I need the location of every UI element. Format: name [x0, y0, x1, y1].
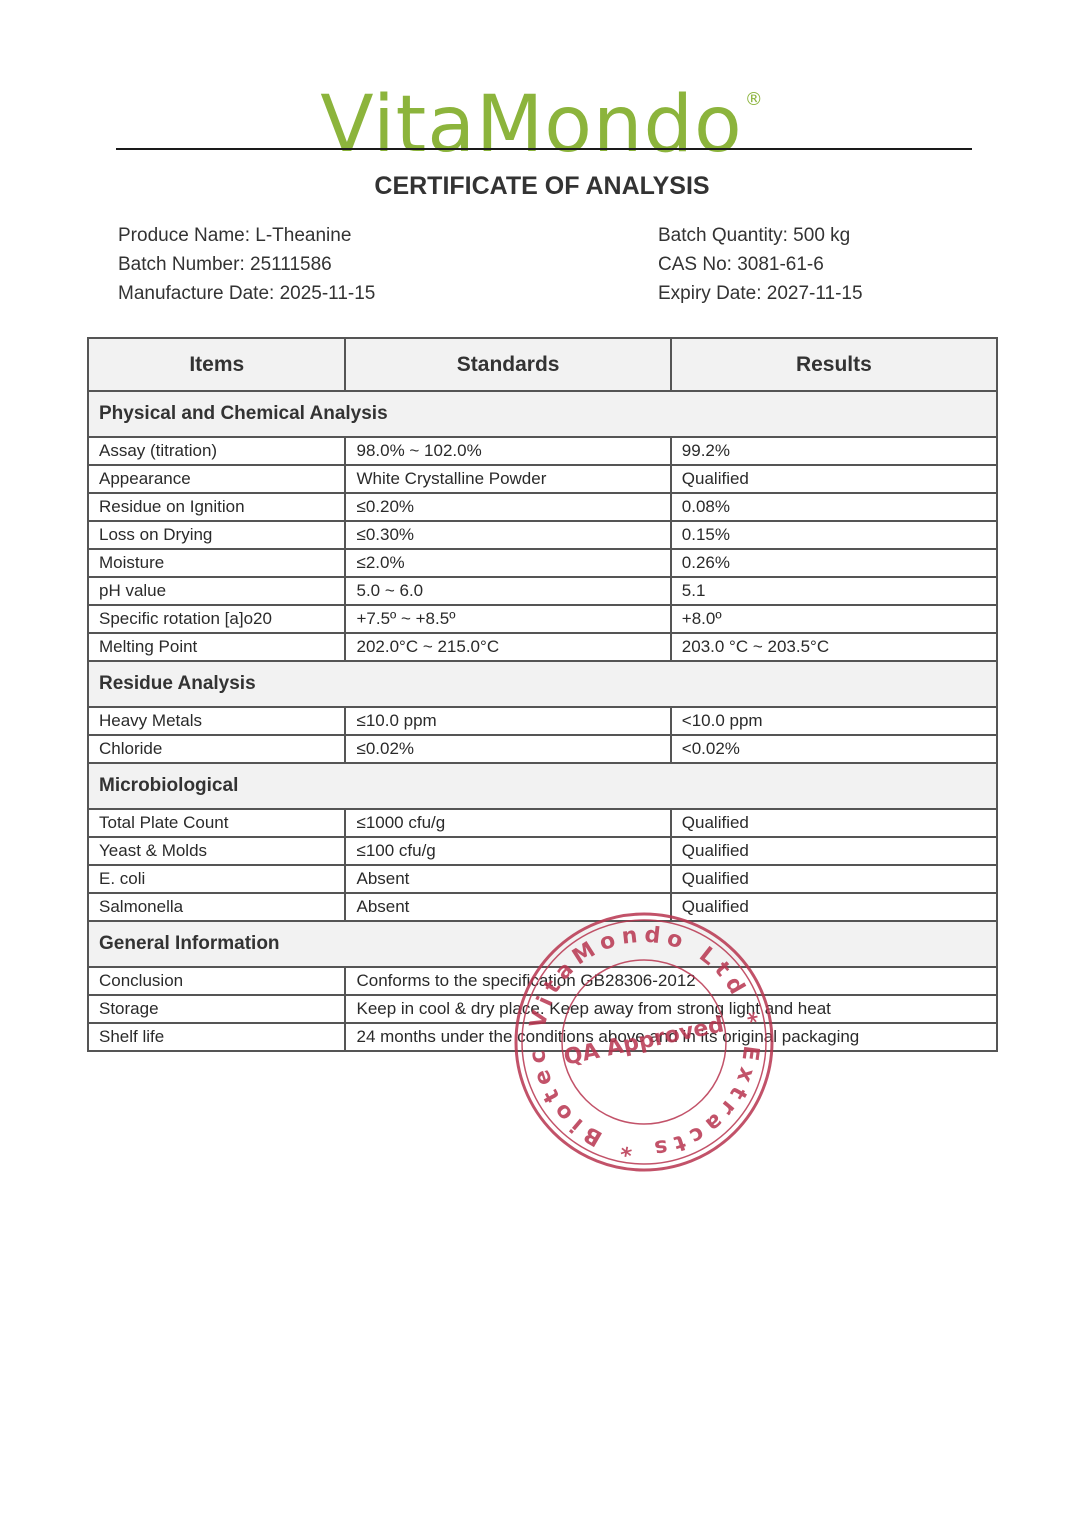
result-cell: Qualified: [671, 837, 997, 865]
standard-cell: 98.0% ~ 102.0%: [345, 437, 670, 465]
table-header-row: Items Standards Results: [88, 338, 997, 391]
header-items: Items: [88, 338, 345, 391]
table-row: Loss on Drying≤0.30%0.15%: [88, 521, 997, 549]
section-title: Physical and Chemical Analysis: [88, 391, 997, 437]
item-cell: Melting Point: [88, 633, 345, 661]
stamp-center-text: QA Approved: [562, 1012, 727, 1070]
standard-cell: +7.5º ~ +8.5º: [345, 605, 670, 633]
table-row: AppearanceWhite Crystalline PowderQualif…: [88, 465, 997, 493]
item-cell: Moisture: [88, 549, 345, 577]
brand-logo: VitaMondo®: [0, 50, 1084, 175]
product-name: Produce Name: L-Theanine: [118, 221, 375, 250]
section-row: Residue Analysis: [88, 661, 997, 707]
table-row: Yeast & Molds≤100 cfu/gQualified: [88, 837, 997, 865]
item-cell: Appearance: [88, 465, 345, 493]
brand-name: VitaMondo: [320, 80, 742, 170]
standard-cell: ≤10.0 ppm: [345, 707, 670, 735]
item-cell: Conclusion: [88, 967, 345, 995]
section-row: Microbiological: [88, 763, 997, 809]
qa-approved-stamp: VitaMondo Ltd * Extracts * Biotech * QA …: [512, 910, 776, 1174]
result-cell: 0.08%: [671, 493, 997, 521]
result-cell: +8.0º: [671, 605, 997, 633]
item-cell: pH value: [88, 577, 345, 605]
standard-cell: ≤0.02%: [345, 735, 670, 763]
section-title: Microbiological: [88, 763, 997, 809]
item-cell: Heavy Metals: [88, 707, 345, 735]
table-row: pH value5.0 ~ 6.05.1: [88, 577, 997, 605]
table-row: Residue on Ignition≤0.20%0.08%: [88, 493, 997, 521]
standard-cell: 202.0°C ~ 215.0°C: [345, 633, 670, 661]
standard-cell: ≤0.30%: [345, 521, 670, 549]
result-cell: 0.15%: [671, 521, 997, 549]
standard-cell: White Crystalline Powder: [345, 465, 670, 493]
standard-cell: ≤0.20%: [345, 493, 670, 521]
table-row: Chloride≤0.02%<0.02%: [88, 735, 997, 763]
item-cell: Salmonella: [88, 893, 345, 921]
item-cell: Loss on Drying: [88, 521, 345, 549]
standard-cell: ≤1000 cfu/g: [345, 809, 670, 837]
result-cell: 0.26%: [671, 549, 997, 577]
result-cell: <0.02%: [671, 735, 997, 763]
table-row: Assay (titration)98.0% ~ 102.0%99.2%: [88, 437, 997, 465]
item-cell: Chloride: [88, 735, 345, 763]
standard-cell: Absent: [345, 865, 670, 893]
item-cell: Shelf life: [88, 1023, 345, 1051]
table-row: Total Plate Count≤1000 cfu/gQualified: [88, 809, 997, 837]
table-row: Melting Point202.0°C ~ 215.0°C203.0 °C ~…: [88, 633, 997, 661]
item-cell: Yeast & Molds: [88, 837, 345, 865]
batch-number: Batch Number: 25111586: [118, 250, 375, 279]
item-cell: Specific rotation [a]o20: [88, 605, 345, 633]
table-row: Heavy Metals≤10.0 ppm<10.0 ppm: [88, 707, 997, 735]
standard-cell: 5.0 ~ 6.0: [345, 577, 670, 605]
cas-number: CAS No: 3081-61-6: [658, 250, 863, 279]
manufacture-date: Manufacture Date: 2025-11-15: [118, 279, 375, 308]
standard-cell: ≤2.0%: [345, 549, 670, 577]
section-title: Residue Analysis: [88, 661, 997, 707]
registered-mark: ®: [745, 89, 764, 110]
table-row: Moisture≤2.0%0.26%: [88, 549, 997, 577]
product-info-right: Batch Quantity: 500 kg CAS No: 3081-61-6…: [658, 221, 863, 308]
item-cell: Storage: [88, 995, 345, 1023]
expiry-date: Expiry Date: 2027-11-15: [658, 279, 863, 308]
product-info-left: Produce Name: L-Theanine Batch Number: 2…: [118, 221, 375, 308]
item-cell: Assay (titration): [88, 437, 345, 465]
table-row: Specific rotation [a]o20+7.5º ~ +8.5º+8.…: [88, 605, 997, 633]
result-cell: Qualified: [671, 865, 997, 893]
section-row: Physical and Chemical Analysis: [88, 391, 997, 437]
item-cell: Residue on Ignition: [88, 493, 345, 521]
item-cell: Total Plate Count: [88, 809, 345, 837]
header-standards: Standards: [345, 338, 670, 391]
table-row: E. coliAbsentQualified: [88, 865, 997, 893]
header-results: Results: [671, 338, 997, 391]
result-cell: 5.1: [671, 577, 997, 605]
header-divider: [116, 148, 972, 150]
document-title: CERTIFICATE OF ANALYSIS: [0, 172, 1084, 201]
batch-quantity: Batch Quantity: 500 kg: [658, 221, 863, 250]
item-cell: E. coli: [88, 865, 345, 893]
standard-cell: ≤100 cfu/g: [345, 837, 670, 865]
result-cell: Qualified: [671, 809, 997, 837]
result-cell: 203.0 °C ~ 203.5°C: [671, 633, 997, 661]
result-cell: <10.0 ppm: [671, 707, 997, 735]
result-cell: Qualified: [671, 465, 997, 493]
result-cell: 99.2%: [671, 437, 997, 465]
